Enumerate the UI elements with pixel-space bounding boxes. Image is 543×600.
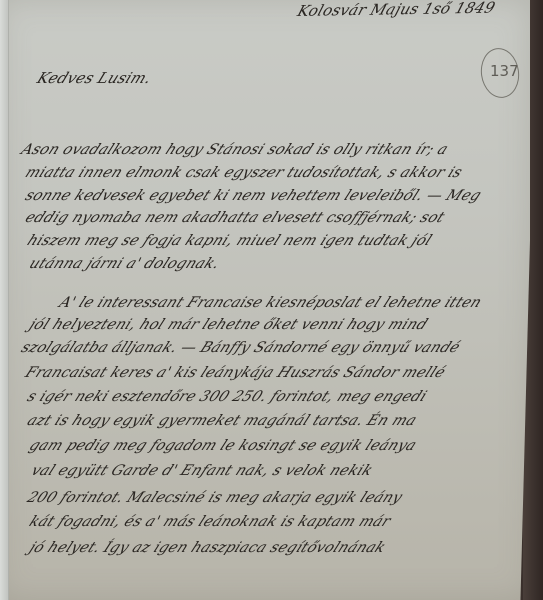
letter-line: A' le interessant Francaise kiesnéposlat… xyxy=(56,295,484,311)
letter-line: utánna járni a' dolognak. xyxy=(26,256,222,272)
letter-line: miatta innen elmonk csak egyszer tudosít… xyxy=(22,165,464,181)
salutation: Kedves Lusim. xyxy=(34,69,154,87)
letter-line: s igér neki esztendőre 300 250. forintot… xyxy=(24,389,429,405)
letter-place-date: Kolosvár Majus 1ső 1849 xyxy=(295,0,497,20)
letter-line: jó helyet. Így az igen haszpiaca segítőv… xyxy=(26,540,388,556)
folio-number: 137 xyxy=(490,62,519,80)
page-left-edge xyxy=(0,0,9,600)
letter-line: azt is hogy egyik gyermeket magánál tart… xyxy=(24,413,419,429)
letter-line: 200 forintot. Malecsiné is meg akarja eg… xyxy=(24,490,404,506)
letter-line: gam pedig meg fogadom le kosingt se egyi… xyxy=(26,438,419,454)
letter-line: szolgálatba álljanak. — Bánffy Sándorné … xyxy=(18,340,462,356)
letter-line: Ason ovadalkozom hogy Stánosi sokad is o… xyxy=(18,142,450,158)
letter-line: val együtt Garde d' Enfant nak, s velok … xyxy=(28,463,375,479)
letter-line: Francaisat keres a' kis leánykája Huszrá… xyxy=(22,365,447,381)
letter-line: hiszem meg se fogja kapni, miuel nem ige… xyxy=(24,233,434,249)
letter-line: sonne kedvesek egyebet ki nem vehettem l… xyxy=(22,188,483,204)
letter-line: kát fogadni, és a' más leánoknak is kapt… xyxy=(26,514,393,530)
letter-line: eddig nyomaba nem akadhatta elvesett cso… xyxy=(22,210,447,226)
letter-line: jól helyezteni, hol már lehetne őket ven… xyxy=(26,317,430,333)
